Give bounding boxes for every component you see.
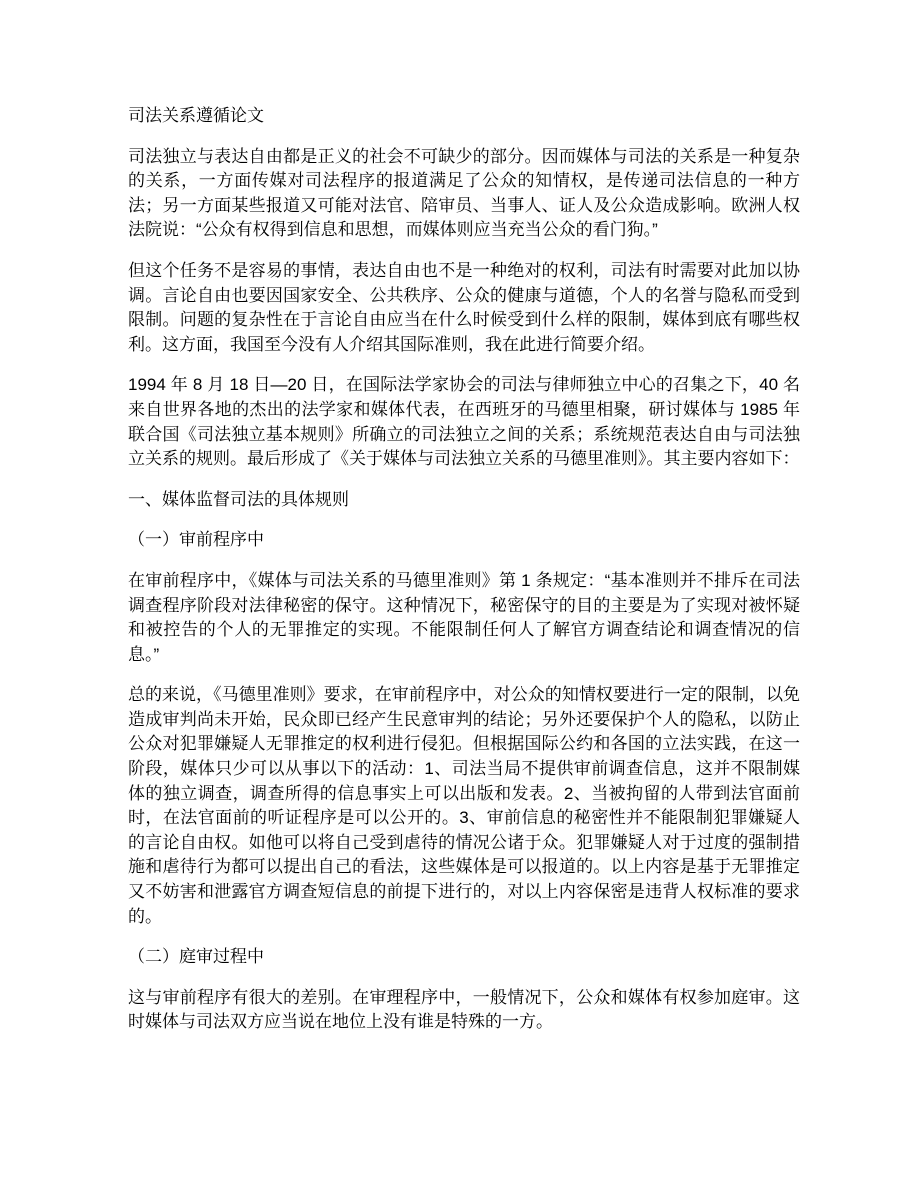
section-heading: 一、媒体监督司法的具体规则 <box>128 488 800 513</box>
section-heading: （一）审前程序中 <box>128 528 800 553</box>
body-paragraph: 1994 年 8 月 18 日—20 日，在国际法学家协会的司法与律师独立中心的… <box>128 373 800 471</box>
body-paragraph: 在审前程序中，《媒体与司法关系的马德里准则》第 1 条规定：“基本准则并不排斥在… <box>128 569 800 667</box>
body-paragraph: 这与审前程序有很大的差别。在审理程序中，一般情况下，公众和媒体有权参加庭审。这时… <box>128 986 800 1035</box>
section-heading: （二）庭审过程中 <box>128 945 800 970</box>
body-paragraph: 总的来说，《马德里准则》要求，在审前程序中，对公众的知情权要进行一定的限制，以免… <box>128 683 800 929</box>
body-paragraph: 司法独立与表达自由都是正义的社会不可缺少的部分。因而媒体与司法的关系是一种复杂的… <box>128 145 800 243</box>
body-paragraph: 但这个任务不是容易的事情，表达自由也不是一种绝对的权利，司法有时需要对此加以协调… <box>128 259 800 357</box>
document-page: 司法关系遵循论文 司法独立与表达自由都是正义的社会不可缺少的部分。因而媒体与司法… <box>0 0 920 1191</box>
document-body: 司法独立与表达自由都是正义的社会不可缺少的部分。因而媒体与司法的关系是一种复杂的… <box>128 145 800 1035</box>
document-content: 司法关系遵循论文 司法独立与表达自由都是正义的社会不可缺少的部分。因而媒体与司法… <box>0 0 920 1035</box>
document-title: 司法关系遵循论文 <box>128 104 800 129</box>
